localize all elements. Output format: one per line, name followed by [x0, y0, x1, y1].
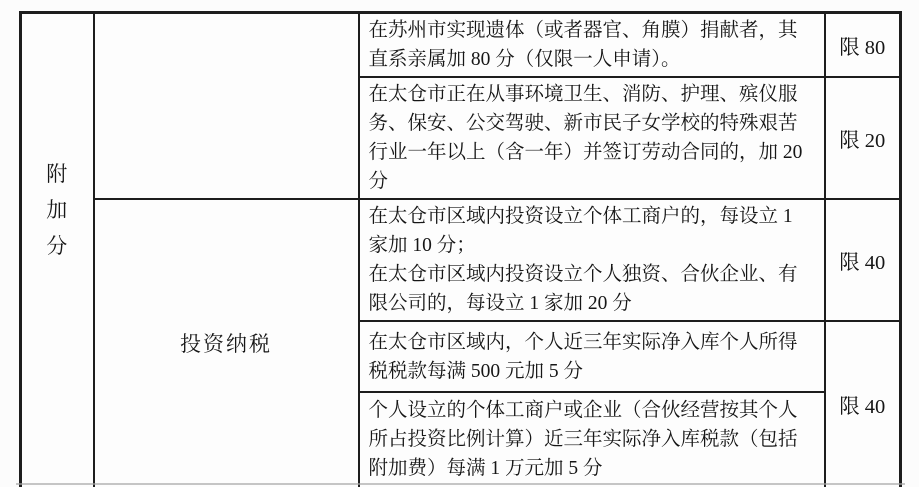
limit-cell: 限 80 [825, 13, 901, 78]
scan-edge-artifact [16, 483, 905, 485]
scanned-document-page: 附 加 分 在苏州市实现遗体（或者器官、角膜）捐献者，其 直系亲属加 80 分（… [0, 0, 919, 487]
category-label: 附 加 分 [46, 156, 68, 264]
table-row: 投资纳税 在太仓市区域内投资设立个体工商户的，每设立 1 家加 10 分； 在太… [21, 199, 901, 321]
limit-cell-merged: 限 40 [825, 321, 901, 487]
bonus-points-table: 附 加 分 在苏州市实现遗体（或者器官、角膜）捐献者，其 直系亲属加 80 分（… [19, 11, 902, 487]
description-cell: 在太仓市区域内投资设立个体工商户的，每设立 1 家加 10 分； 在太仓市区域内… [359, 199, 825, 321]
limit-cell: 限 40 [825, 199, 901, 321]
limit-cell: 限 20 [825, 77, 901, 199]
table-row: 附 加 分 在苏州市实现遗体（或者器官、角膜）捐献者，其 直系亲属加 80 分（… [21, 13, 901, 78]
description-cell: 在苏州市实现遗体（或者器官、角膜）捐献者，其 直系亲属加 80 分（仅限一人申请… [359, 13, 825, 78]
subcategory-cell: 投资纳税 [94, 199, 359, 487]
category-cell: 附 加 分 [21, 13, 94, 487]
description-cell: 在太仓市区域内，个人近三年实际净入库个人所得 税税款每满 500 元加 5 分 [359, 321, 825, 392]
subcategory-empty-cell [94, 13, 359, 200]
description-cell: 个人设立的个体工商户或企业（合伙经营按其个人 所占投资比例计算）近三年实际净入库… [359, 392, 825, 487]
description-cell: 在太仓市正在从事环境卫生、消防、护理、殡仪服 务、保安、公交驾驶、新市民子女学校… [359, 77, 825, 199]
